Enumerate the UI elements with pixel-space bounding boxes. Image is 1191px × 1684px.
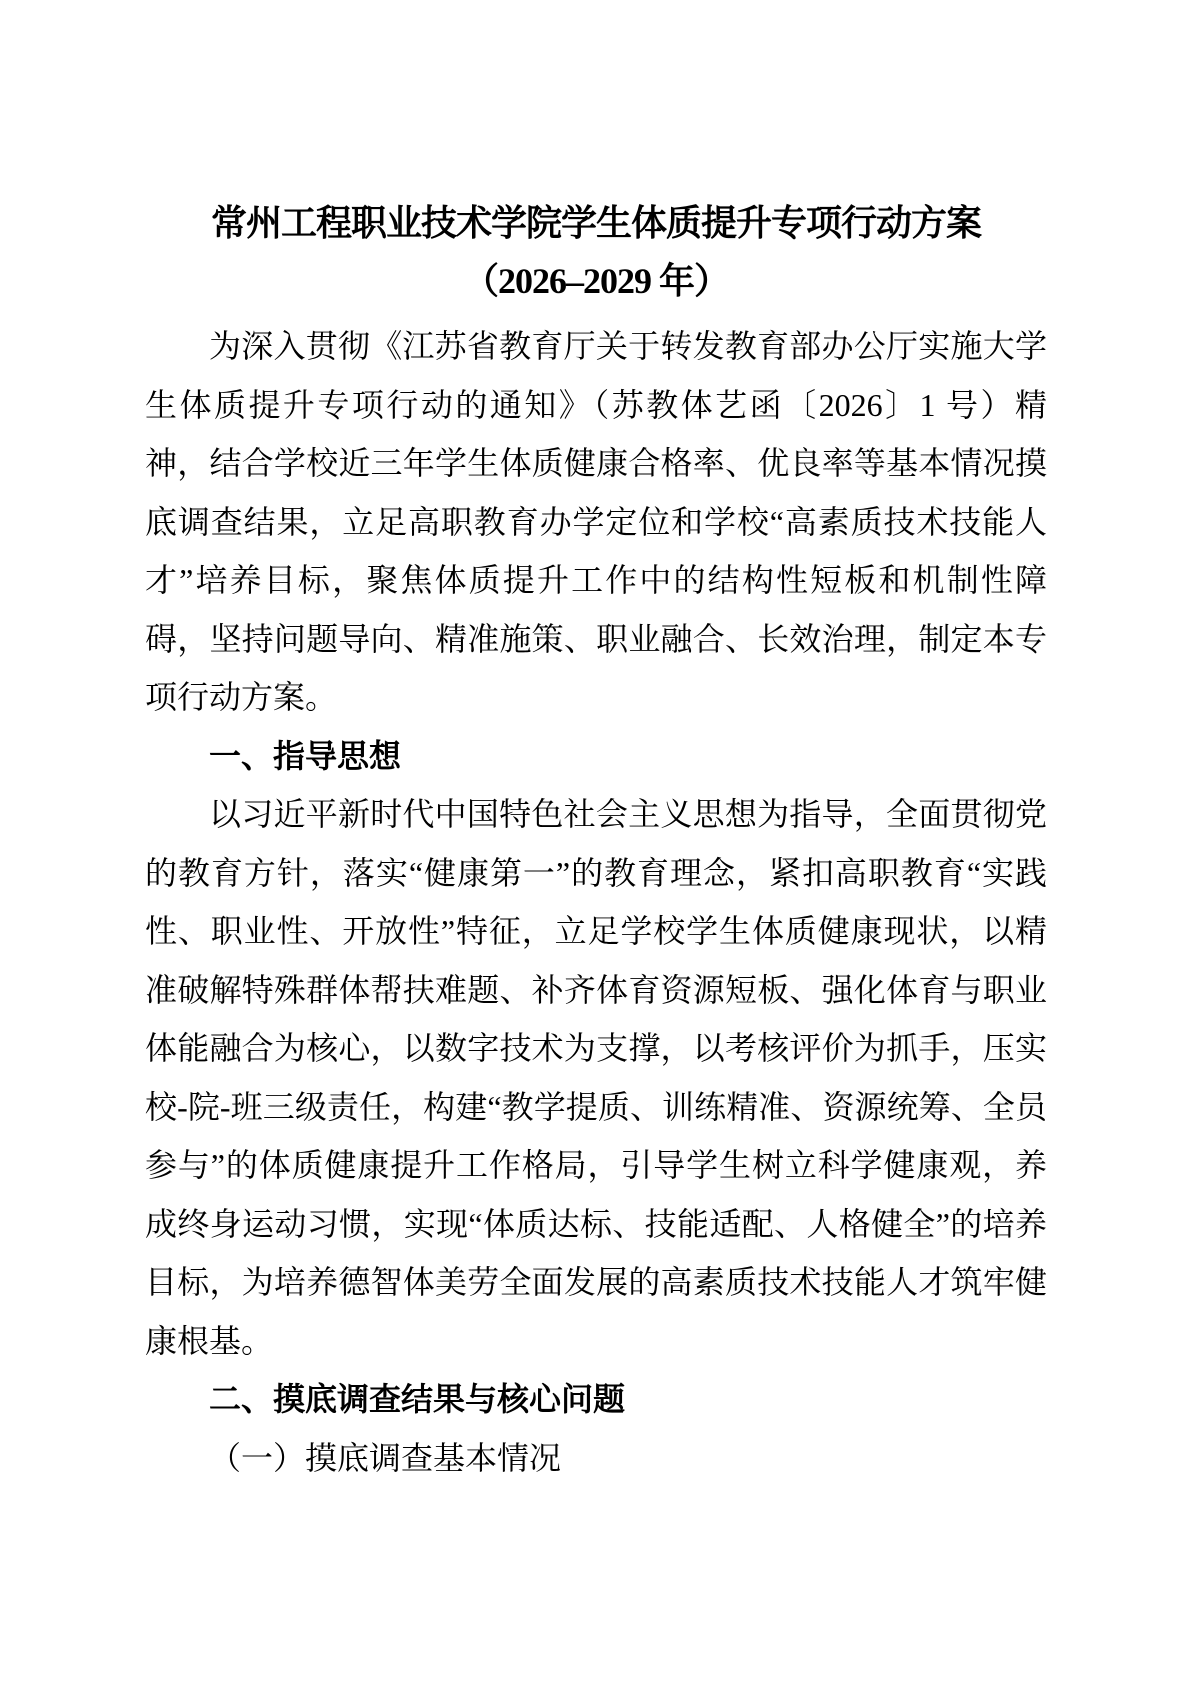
- section1-heading: 一、指导思想: [145, 727, 1047, 786]
- intro-paragraph: 为深入贯彻《江苏省教育厅关于转发教育部办公厅实施大学生体质提升专项行动的通知》（…: [145, 317, 1047, 727]
- document-title-line2: （2026–2029 年）: [145, 252, 1047, 310]
- document-title: 常州工程职业技术学院学生体质提升专项行动方案 （2026–2029 年）: [145, 194, 1047, 310]
- document-page: 常州工程职业技术学院学生体质提升专项行动方案 （2026–2029 年） 为深入…: [0, 0, 1191, 1684]
- document-title-line1: 常州工程职业技术学院学生体质提升专项行动方案: [145, 194, 1047, 252]
- section2-heading: 二、摸底调查结果与核心问题: [145, 1370, 1047, 1429]
- document-content: 常州工程职业技术学院学生体质提升专项行动方案 （2026–2029 年） 为深入…: [145, 194, 1047, 1487]
- section1-paragraph: 以习近平新时代中国特色社会主义思想为指导，全面贯彻党的教育方针，落实“健康第一”…: [145, 785, 1047, 1370]
- section2-sub1-heading: （一）摸底调查基本情况: [145, 1429, 1047, 1488]
